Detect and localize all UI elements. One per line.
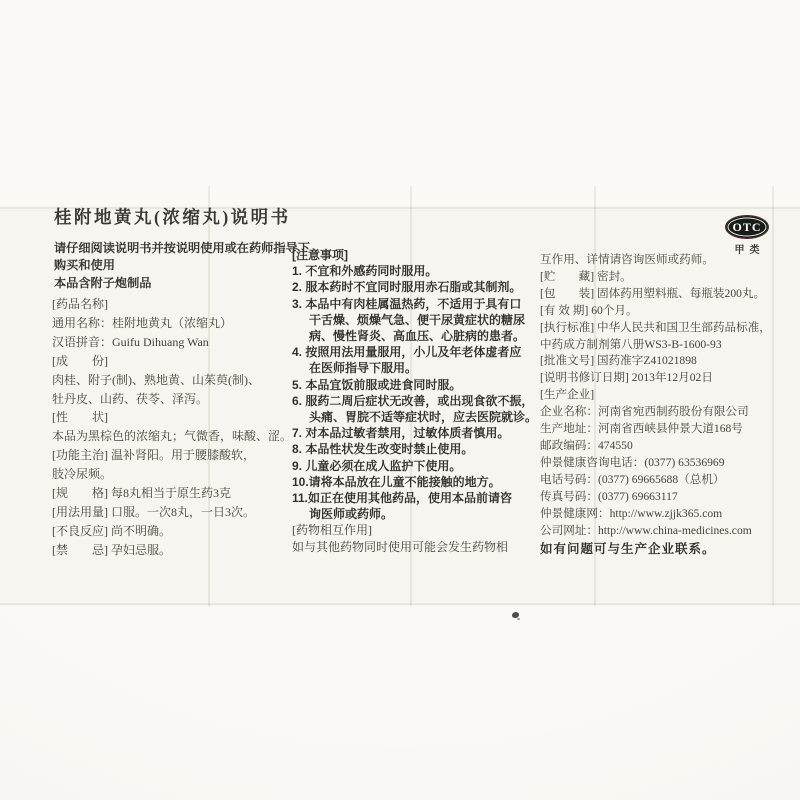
paper-top-margin [0, 0, 800, 206]
revision-date-line: [说明书修订日期] 2013年12月02日 [540, 370, 792, 387]
paper-bottom-margin [0, 606, 800, 800]
left-column: [药品名称] 通用名称：桂附地黄丸（浓缩丸） 汉语拼音：Guifu Dihuan… [52, 295, 297, 560]
company-website-line: 公司网址：http://www.china-medicines.com [540, 523, 792, 540]
precaution-item-10: 10.请将本品放在儿童不能接触的地方。 [292, 474, 544, 490]
interactions-section-label: [药物相互作用] [292, 522, 544, 538]
precaution-item-9: 9. 儿童必须在成人监护下使用。 [292, 458, 544, 474]
precaution-item-8: 8. 本品性状发生改变时禁止使用。 [292, 441, 544, 457]
interactions-text-line-2: 互作用、详情请咨询医师或药师。 [540, 252, 792, 269]
reading-notice: 请仔细阅读说明书并按说明使用或在药师指导下 购买和使用 本品含附子炮制品 [54, 240, 310, 292]
adverse-reactions-line: [不良反应] 尚不明确。 [52, 522, 297, 541]
indications-line-2: 肢冷尿频。 [52, 465, 297, 484]
precautions-section-label: [注意事项] [292, 247, 544, 263]
fold-crease-horizontal [0, 603, 800, 605]
postcode-line: 邮政编码：474550 [540, 438, 792, 455]
precaution-item-1: 1. 不宜和外感药同时服用。 [292, 263, 544, 279]
precaution-item-11-line-2: 询医师或药师。 [292, 506, 544, 522]
validity-period-line: [有 效 期] 60个月。 [540, 303, 792, 320]
precaution-item-6-line-1: 6. 服药二周后症状无改善，或出现食欲不振， [292, 393, 544, 409]
properties-text-line: 本品为黑棕色的浓缩丸；气微香，味酸、涩。 [52, 427, 297, 446]
otc-badge: OTC 甲类 [724, 215, 770, 256]
fax-line: 传真号码：(0377) 69663117 [540, 489, 792, 506]
company-name-line: 企业名称：河南省宛西制药股份有限公司 [540, 404, 792, 421]
health-hotline-line: 仲景健康咨询电话：(0377) 63536969 [540, 455, 792, 472]
address-line: 生产地址：河南省西峡县仲景大道168号 [540, 421, 792, 438]
ingredients-line-2: 牡丹皮、山药、茯苓、泽泻。 [52, 390, 297, 409]
package-insert-scan: 桂附地黄丸(浓缩丸)说明书 请仔细阅读说明书并按说明使用或在药师指导下 购买和使… [0, 0, 800, 800]
precaution-item-2: 2. 服本药时不宜同时服用赤石脂或其制剂。 [292, 279, 544, 295]
manufacturer-section-label: [生产企业] [540, 387, 792, 404]
right-column: 互作用、详情请咨询医师或药师。 [贮 藏] 密封。 [包 装] 固体药用塑料瓶、… [540, 252, 792, 539]
otc-logo-icon: OTC [725, 215, 769, 239]
precaution-item-3-line-2: 干舌燥、烦燥气急、便干尿黄症状的糖尿 [292, 312, 544, 328]
ingredients-section-label: [成 份] [52, 352, 297, 371]
ink-spot [512, 612, 519, 618]
contact-note: 如有问题可与生产企业联系。 [540, 539, 716, 557]
indications-line-1: [功能主治] 温补肾阳。用于腰膝酸软， [52, 446, 297, 465]
leaflet-title: 桂附地黄丸(浓缩丸)说明书 [54, 204, 291, 229]
ingredients-line-1: 肉桂、附子(制)、熟地黄、山茱萸(制)、 [52, 371, 297, 390]
pinyin-name-line: 汉语拼音：Guifu Dihuang Wan [52, 333, 297, 352]
approval-number-line: [批准文号] 国药准字Z41021898 [540, 353, 792, 370]
interactions-text-line-1: 如与其他药物同时使用可能会发生药物相 [292, 539, 544, 555]
drug-name-section-label: [药品名称] [52, 295, 297, 314]
standard-line-2: 中药成方制剂第八册WS3-B-1600-93 [540, 337, 792, 354]
specification-line: [规 格] 每8丸相当于原生药3克 [52, 484, 297, 503]
contraindications-line: [禁 忌] 孕妇忌服。 [52, 541, 297, 560]
precaution-item-3-line-3: 病、慢性肾炎、高血压、心脏病的患者。 [292, 328, 544, 344]
precaution-item-6-line-2: 头痛、胃脘不适等症状时，应去医院就诊。 [292, 409, 544, 425]
generic-name-line: 通用名称：桂附地黄丸（浓缩丸） [52, 314, 297, 333]
notice-line-2: 购买和使用 [54, 257, 310, 274]
storage-line: [贮 藏] 密封。 [540, 269, 792, 286]
dosage-line: [用法用量] 口服。一次8丸，一日3次。 [52, 503, 297, 522]
precaution-item-11-line-1: 11.如正在使用其他药品，使用本品前请咨 [292, 490, 544, 506]
precaution-item-4-line-1: 4. 按照用法用量服用，小儿及年老体虚者应 [292, 344, 544, 360]
precaution-item-3-line-1: 3. 本品中有肉桂属温热药，不适用于具有口 [292, 296, 544, 312]
standard-line-1: [执行标准] 中华人民共和国卫生部药品标准， [540, 320, 792, 337]
package-line: [包 装] 固体药用塑料瓶、每瓶装200丸。 [540, 286, 792, 303]
middle-column: [注意事项] 1. 不宜和外感药同时服用。 2. 服本药时不宜同时服用赤石脂或其… [292, 247, 544, 555]
precaution-item-5: 5. 本品宜饭前服或进食同时服。 [292, 377, 544, 393]
properties-section-label: [性 状] [52, 408, 297, 427]
phone-line: 电话号码：(0377) 69665688（总机） [540, 472, 792, 489]
notice-line-1: 请仔细阅读说明书并按说明使用或在药师指导下 [54, 240, 310, 257]
health-website-line: 仲景健康网：http://www.zjjk365.com [540, 506, 792, 523]
notice-line-3: 本品含附子炮制品 [54, 275, 310, 292]
precaution-item-7: 7. 对本品过敏者禁用，过敏体质者慎用。 [292, 425, 544, 441]
precaution-item-4-line-2: 在医师指导下服用。 [292, 360, 544, 376]
